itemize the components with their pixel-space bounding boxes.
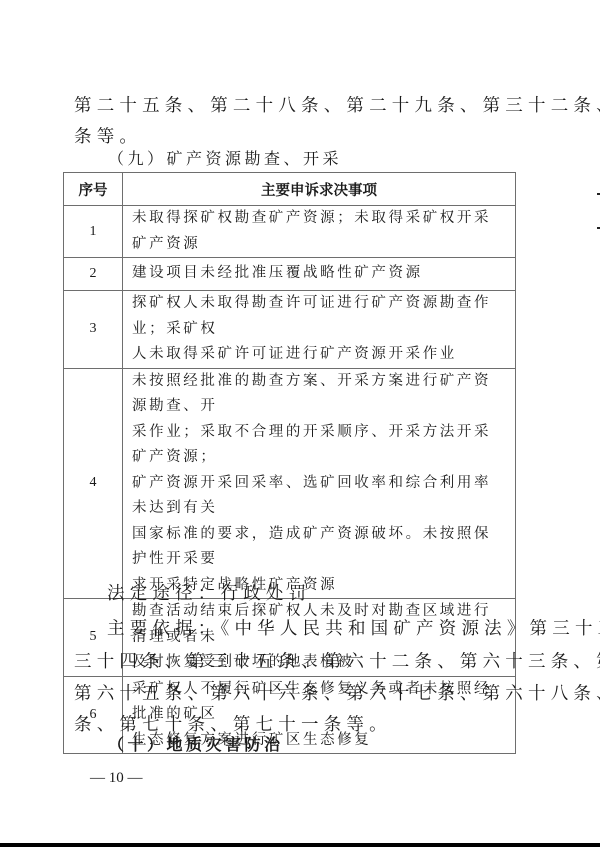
row-text: 探矿权人未取得勘查许可证进行矿产资源勘查作业；采矿权 人未取得采矿许可证进行矿产… — [123, 291, 516, 369]
bottom-scan-strip — [0, 843, 600, 847]
row-line: 探矿权人未取得勘查许可证进行矿产资源勘查作业；采矿权 — [132, 291, 507, 342]
row-line: 国家标准的要求，造成矿产资源破坏。未按照保护性开采要 — [132, 522, 507, 573]
table-header-row: 序号 主要申诉求决事项 — [64, 173, 516, 206]
row-number: 3 — [64, 291, 123, 369]
section-heading-10: （十）地质灾害防治 — [108, 732, 284, 755]
row-line: 未取得探矿权勘查矿产资源；未取得采矿权开采矿产资源 — [132, 206, 507, 257]
row-line: 采作业；采取不合理的开采顺序、开采方法开采矿产资源； — [132, 420, 507, 471]
row-line: 未按照经批准的勘查方案、开采方案进行矿产资源勘查、开 — [132, 369, 507, 420]
section-heading-9: （九）矿产资源勘查、开采 — [108, 146, 342, 169]
basis-line-2: 三十四条、第三十五条、第六十二条、第六十三条、第六十四条、 — [74, 648, 600, 673]
row-text: 建设项目未经批准压覆战略性矿产资源 — [123, 258, 516, 291]
continuation-line-2: 条等。 — [74, 123, 142, 148]
table-row: 4 未按照经批准的勘查方案、开采方案进行矿产资源勘查、开 采作业；采取不合理的开… — [64, 368, 516, 599]
basis-line-3: 第六十五条、第六十六条、第六十七条、第六十八条、第六十九 — [74, 680, 600, 705]
continuation-line-1: 第二十五条、第二十八条、第二十九条、第三十二条、第三十三 — [74, 92, 600, 117]
row-number: 2 — [64, 258, 123, 291]
row-line: 人未取得采矿许可证进行矿产资源开采作业 — [132, 342, 507, 368]
basis-line-1: 主要依据：《中华人民共和国矿产资源法》第三十三条、第 — [107, 615, 600, 640]
header-seq: 序号 — [64, 173, 123, 206]
table-row: 1 未取得探矿权勘查矿产资源；未取得采矿权开采矿产资源 — [64, 206, 516, 258]
table-row: 3 探矿权人未取得勘查许可证进行矿产资源勘查作业；采矿权 人未取得采矿许可证进行… — [64, 291, 516, 369]
legal-route: 法定途径：行政处罚 — [107, 580, 311, 605]
row-number: 1 — [64, 206, 123, 258]
page-number: — 10 — — [90, 770, 143, 787]
row-text: 未取得探矿权勘查矿产资源；未取得采矿权开采矿产资源 — [123, 206, 516, 258]
row-line: 矿产资源开采回采率、选矿回收率和综合利用率未达到有关 — [132, 471, 507, 522]
header-item: 主要申诉求决事项 — [123, 173, 516, 206]
table-row: 2 建设项目未经批准压覆战略性矿产资源 — [64, 258, 516, 291]
row-text: 未按照经批准的勘查方案、开采方案进行矿产资源勘查、开 采作业；采取不合理的开采顺… — [123, 368, 516, 599]
row-line: 建设项目未经批准压覆战略性矿产资源 — [132, 261, 507, 287]
row-number: 4 — [64, 368, 123, 599]
